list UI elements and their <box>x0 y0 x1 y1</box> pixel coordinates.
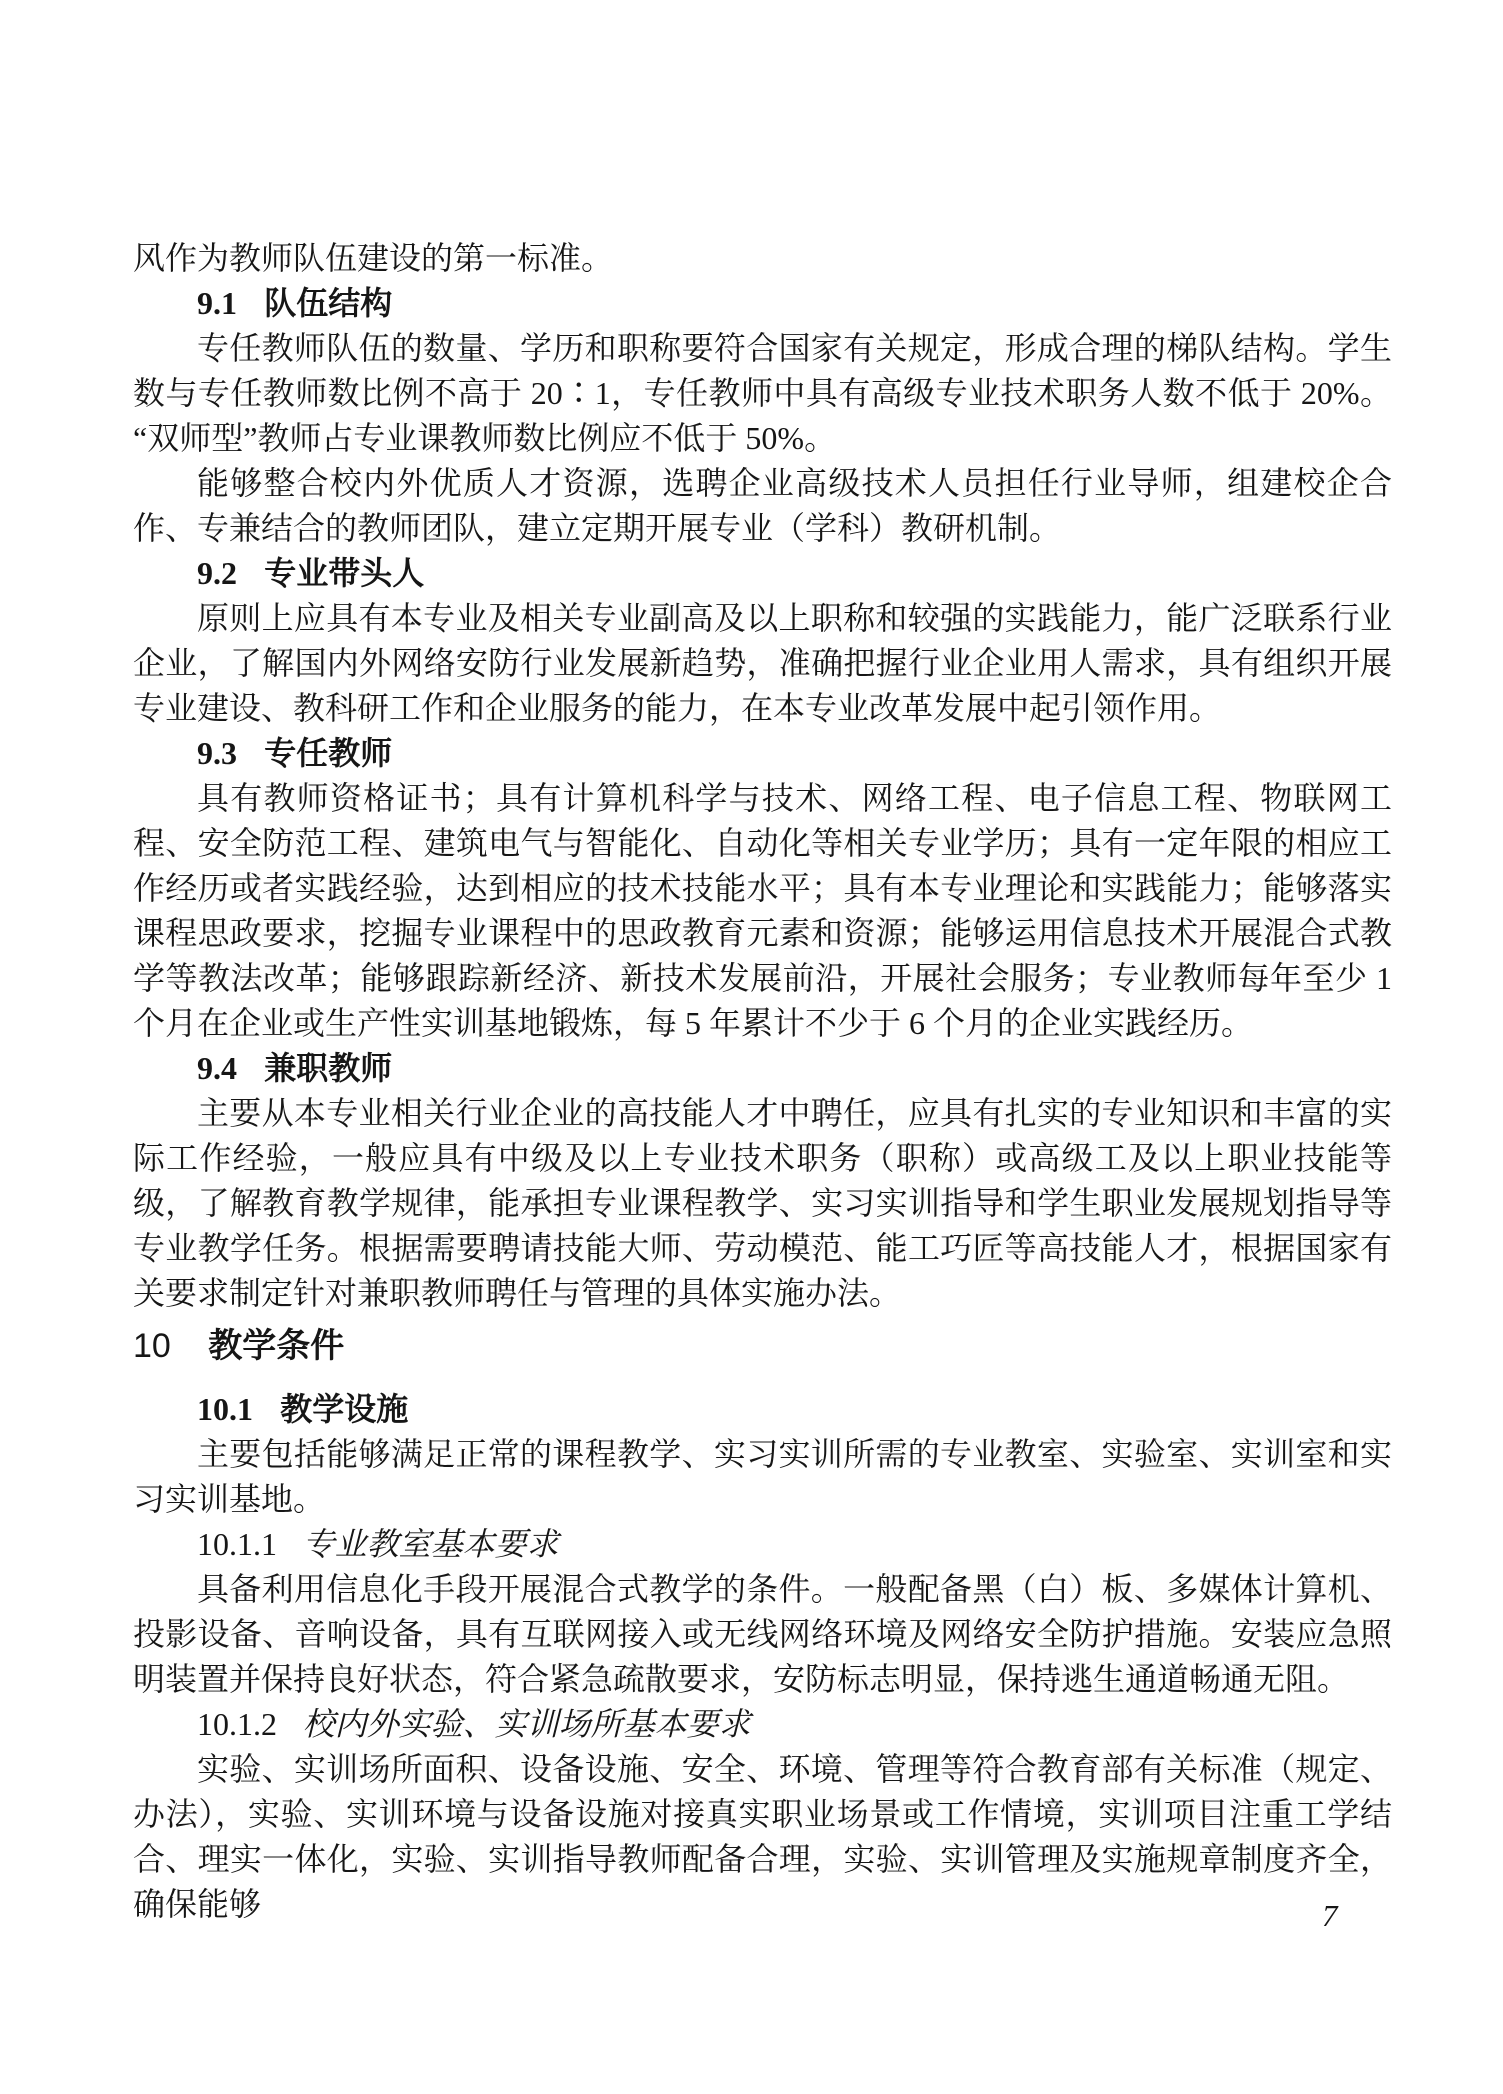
heading-title: 专业带头人 <box>264 555 424 591</box>
heading-number: 9.3 <box>197 735 237 771</box>
page-number: 7 <box>1322 1893 1338 1938</box>
body-paragraph: 主要包括能够满足正常的课程教学、实习实训所需的专业教室、实验室、实训室和实习实训… <box>133 1432 1392 1522</box>
heading-number: 10.1.1 <box>197 1526 277 1562</box>
heading-number: 9.1 <box>197 285 237 321</box>
heading-number: 9.4 <box>197 1050 237 1086</box>
document-body: 风作为教师队伍建设的第一标准。9.1队伍结构专任教师队伍的数量、学历和职称要符合… <box>133 236 1392 1927</box>
heading-title: 校内外实验、实训场所基本要求 <box>303 1706 751 1742</box>
body-paragraph: 具备利用信息化手段开展混合式教学的条件。一般配备黑（白）板、多媒体计算机、投影设… <box>133 1567 1392 1702</box>
heading-title: 教学条件 <box>208 1327 344 1365</box>
section-heading-9-1: 9.1队伍结构 <box>133 281 1392 326</box>
heading-number: 9.2 <box>197 555 237 591</box>
body-paragraph: 主要从本专业相关行业企业的高技能人才中聘任，应具有扎实的专业知识和丰富的实际工作… <box>133 1091 1392 1316</box>
section-heading-10-1-2: 10.1.2校内外实验、实训场所基本要求 <box>133 1702 1392 1747</box>
heading-number: 10 <box>133 1327 171 1365</box>
heading-number: 10.1 <box>197 1391 253 1427</box>
heading-title: 专任教师 <box>264 735 392 771</box>
section-heading-10-1: 10.1教学设施 <box>133 1387 1392 1432</box>
body-paragraph: 具有教师资格证书；具有计算机科学与技术、网络工程、电子信息工程、物联网工程、安全… <box>133 776 1392 1046</box>
body-paragraph: 能够整合校内外优质人才资源，选聘企业高级技术人员担任行业导师，组建校企合作、专兼… <box>133 461 1392 551</box>
heading-number: 10.1.2 <box>197 1706 277 1742</box>
heading-title: 兼职教师 <box>264 1050 392 1086</box>
document-page: 风作为教师队伍建设的第一标准。9.1队伍结构专任教师队伍的数量、学历和职称要符合… <box>0 0 1503 2094</box>
heading-title: 专业教室基本要求 <box>303 1526 559 1562</box>
section-heading-10-1-1: 10.1.1专业教室基本要求 <box>133 1522 1392 1567</box>
body-paragraph: 原则上应具有本专业及相关专业副高及以上职称和较强的实践能力，能广泛联系行业企业，… <box>133 596 1392 731</box>
section-heading-10: 10教学条件 <box>133 1324 1392 1369</box>
section-heading-9-3: 9.3专任教师 <box>133 731 1392 776</box>
section-heading-9-4: 9.4兼职教师 <box>133 1046 1392 1091</box>
heading-title: 队伍结构 <box>264 285 392 321</box>
body-paragraph: 实验、实训场所面积、设备设施、安全、环境、管理等符合教育部有关标准（规定、办法）… <box>133 1747 1392 1927</box>
paragraph-continuation: 风作为教师队伍建设的第一标准。 <box>133 236 1392 281</box>
heading-title: 教学设施 <box>280 1391 408 1427</box>
section-heading-9-2: 9.2专业带头人 <box>133 551 1392 596</box>
body-paragraph: 专任教师队伍的数量、学历和职称要符合国家有关规定，形成合理的梯队结构。学生数与专… <box>133 326 1392 461</box>
